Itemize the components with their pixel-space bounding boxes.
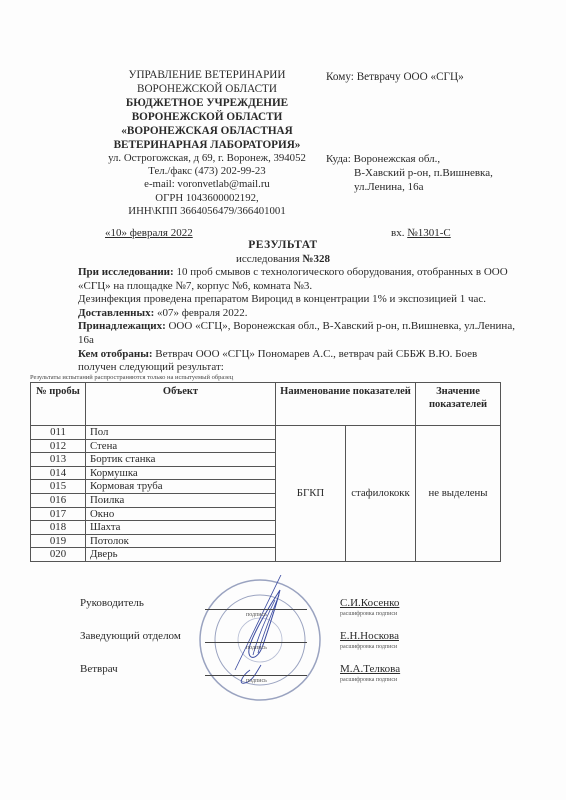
signature-role: Заведующий отделом [80,630,181,642]
study-label: При исследовании: [78,266,174,278]
signature-caption: подпись [246,612,267,618]
incoming-number-value: №1301-С [407,227,451,239]
study-number: №328 [302,253,330,265]
signature-name: Е.Н.Носкова [340,630,399,642]
result-intro: получен следующий результат: [78,361,518,375]
signature-name: М.А.Телкова [340,663,400,675]
table-row: 011 Пол БГКП стафилококк не выделены [31,426,501,440]
org-address: ул. Острогожская, д 69, г. Воронеж, 3940… [96,152,318,165]
signature-caption: подпись [246,678,267,684]
sample-object: Поилка [86,493,276,507]
org-phone: Тел./факс (473) 202-99-23 [96,165,318,178]
signature-line [205,609,307,610]
org-ogrn: ОГРН 1043600002192, [96,192,318,205]
sample-number: 017 [31,507,86,521]
org-email: e-mail: voronvetlab@mail.ru [96,178,318,191]
indicator-bgkp: БГКП [276,426,346,562]
sampled-text: Ветврач ООО «СГЦ» Пономарев А.С., ветвра… [155,348,477,360]
org-bold-line: БЮДЖЕТНОЕ УЧРЕЖДЕНИЕ [96,96,318,110]
table-note: Результаты испытаний распространяются то… [30,374,233,381]
sample-object: Стена [86,439,276,453]
org-bold-line: ВЕТЕРИНАРНАЯ ЛАБОРАТОРИЯ» [96,138,318,152]
sampled-label: Кем отобраны: [78,348,153,360]
delivered-text: «07» февраля 2022. [157,307,247,319]
sample-object: Потолок [86,534,276,548]
indicator-staphylococcus: стафилококк [346,426,416,562]
results-table: № пробы Объект Наименование показателей … [30,382,501,562]
recipient-address-line: В-Хавский р-он, п.Вишневка, [326,166,493,180]
document-subtitle: исследования №328 [0,253,566,265]
header-number: № пробы [31,383,86,426]
sample-object: Дверь [86,548,276,562]
signature-caption: подпись [246,645,267,651]
signature-name-caption: расшифровка подписи [340,677,397,683]
org-line: ВОРОНЕЖСКОЙ ОБЛАСТИ [96,82,318,96]
owner-label: Принадлежащих: [78,320,166,332]
header-indicator-value: Значение показателей [416,383,501,426]
signature-line [205,642,307,643]
delivered-paragraph: Доставленных: «07» февраля 2022. [78,307,518,321]
sample-number: 012 [31,439,86,453]
signature-name-caption: расшифровка подписи [340,611,397,617]
owner-paragraph: Принадлежащих: ООО «СГЦ», Воронежская об… [78,320,518,347]
sample-number: 018 [31,521,86,535]
disinfection-text: Дезинфекция проведена препаратом Вироцид… [78,293,518,307]
incoming-number: вх. №1301-С [391,227,451,239]
sample-number: 011 [31,426,86,440]
document-title: РЕЗУЛЬТАТ [0,239,566,251]
recipient-address-line: Куда: Воронежская обл., [326,152,493,166]
document-date: «10» февраля 2022 [105,227,193,239]
study-paragraph: При исследовании: 10 проб смывов с техно… [78,266,518,293]
delivered-label: Доставленных: [78,307,154,319]
sample-number: 019 [31,534,86,548]
signature-line [205,675,307,676]
sample-object: Шахта [86,521,276,535]
sample-number: 013 [31,453,86,467]
sample-number: 016 [31,493,86,507]
sample-object: Кормовая труба [86,480,276,494]
org-bold-line: ВОРОНЕЖСКОЙ ОБЛАСТИ [96,110,318,124]
signature-role: Ветврач [80,663,118,675]
org-line: УПРАВЛЕНИЕ ВЕТЕРИНАРИИ [96,68,318,82]
signature-role: Руководитель [80,597,144,609]
org-bold-line: «ВОРОНЕЖСКАЯ ОБЛАСТНАЯ [96,124,318,138]
recipient-address: Куда: Воронежская обл., В-Хавский р-он, … [326,152,493,194]
signature-row-head: Руководитель подпись С.И.Косенко расшифр… [80,597,520,627]
sample-object: Кормушка [86,466,276,480]
org-inn-kpp: ИНН\КПП 3664056479/366401001 [96,205,318,218]
sample-number: 015 [31,480,86,494]
sampled-paragraph: Кем отобраны: Ветврач ООО «СГЦ» Пономаре… [78,348,518,362]
indicator-value: не выделены [416,426,501,562]
header-indicator-name: Наименование показателей [276,383,416,426]
sample-object: Бортик станка [86,453,276,467]
sample-number: 020 [31,548,86,562]
signature-name: С.И.Косенко [340,597,399,609]
recipient-to: Кому: Ветврачу ООО «СГЦ» [326,71,464,83]
signature-name-caption: расшифровка подписи [340,644,397,650]
organization-header: УПРАВЛЕНИЕ ВЕТЕРИНАРИИ ВОРОНЕЖСКОЙ ОБЛАС… [96,68,318,218]
sample-object: Пол [86,426,276,440]
signature-row-department-head: Заведующий отделом подпись Е.Н.Носкова р… [80,630,520,660]
document-body: При исследовании: 10 проб смывов с техно… [78,266,518,375]
incoming-prefix: вх. [391,227,404,239]
sample-number: 014 [31,466,86,480]
table-header-row: № пробы Объект Наименование показателей … [31,383,501,426]
header-object: Объект [86,383,276,426]
subtitle-prefix: исследования [236,253,300,265]
signature-row-vet: Ветврач подпись М.А.Телкова расшифровка … [80,663,520,693]
sample-object: Окно [86,507,276,521]
recipient-address-line: ул.Ленина, 16а [326,180,493,194]
